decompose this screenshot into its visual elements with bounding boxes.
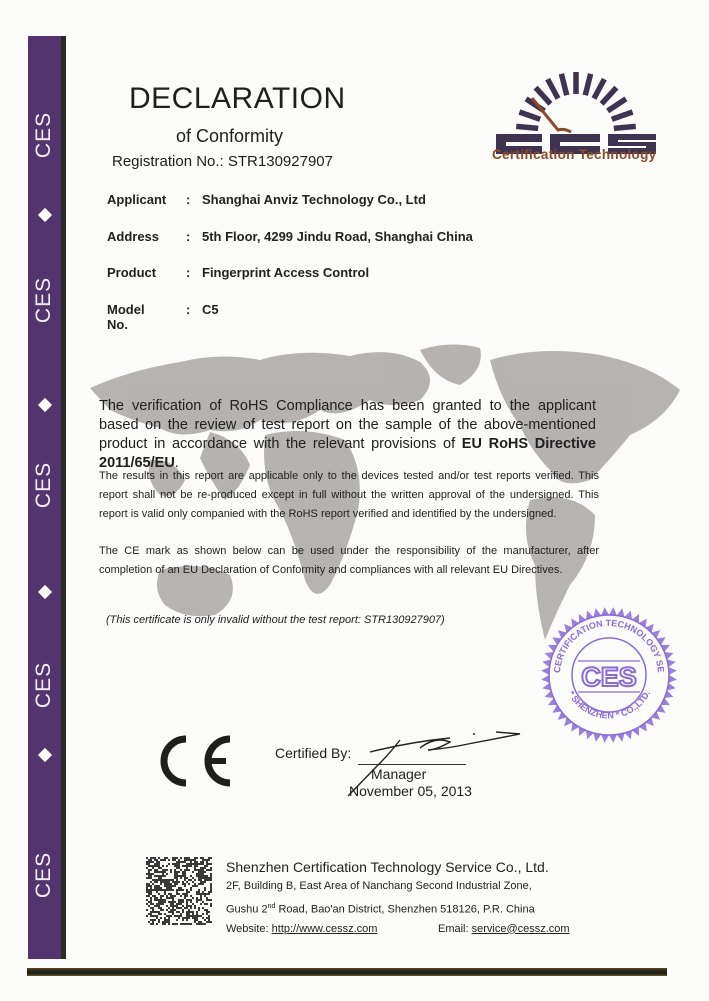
signature-date: November 05, 2013: [349, 783, 472, 799]
ce-mark-statement: The CE mark as shown below can be used u…: [99, 542, 599, 580]
issuer-address-line-2: Gushu 2nd Road, Bao'an District, Shenzhe…: [226, 897, 549, 920]
band-label: CES: [28, 845, 61, 905]
ce-mark-icon: [152, 733, 234, 789]
document-title: DECLARATION: [129, 82, 346, 116]
validity-note: (This certificate is only invalid withou…: [106, 614, 445, 626]
side-band-edge: [61, 36, 66, 959]
results-disclaimer: The results in this report are applicabl…: [99, 467, 599, 524]
issuer-address-line-1: 2F, Building B, East Area of Nanchang Se…: [226, 877, 549, 897]
band-label: CES: [28, 270, 61, 330]
qr-code-icon: [146, 857, 212, 925]
band-label: CES: [28, 105, 61, 165]
issuer-contact: Shenzhen Certification Technology Servic…: [226, 857, 549, 939]
document-subtitle: of Conformity: [176, 126, 283, 147]
diamond-icon: [28, 582, 61, 602]
issuer-contact-links: Website: http://www.cessz.com Email: ser…: [226, 920, 549, 940]
diamond-icon: [28, 745, 61, 765]
bottom-rule: [27, 968, 667, 976]
band-label: CES: [28, 455, 61, 515]
signer-role: Manager: [371, 766, 426, 782]
band-label: CES: [28, 655, 61, 715]
email-link[interactable]: service@cessz.com: [472, 923, 570, 935]
svg-text:CES: CES: [581, 662, 637, 692]
verification-statement: The verification of RoHS Compliance has …: [99, 397, 596, 473]
diamond-icon: [28, 395, 61, 415]
website-link[interactable]: http://www.cessz.com: [272, 923, 378, 935]
issuer-name: Shenzhen Certification Technology Servic…: [226, 857, 549, 877]
diamond-icon: [28, 205, 61, 225]
company-seal-stamp: CERTIFICATION TECHNOLOGY SERVICE * SHENZ…: [540, 606, 678, 744]
logo-caption: Certification Technology: [492, 147, 656, 162]
registration-number: Registration No.: STR130927907: [112, 153, 333, 170]
